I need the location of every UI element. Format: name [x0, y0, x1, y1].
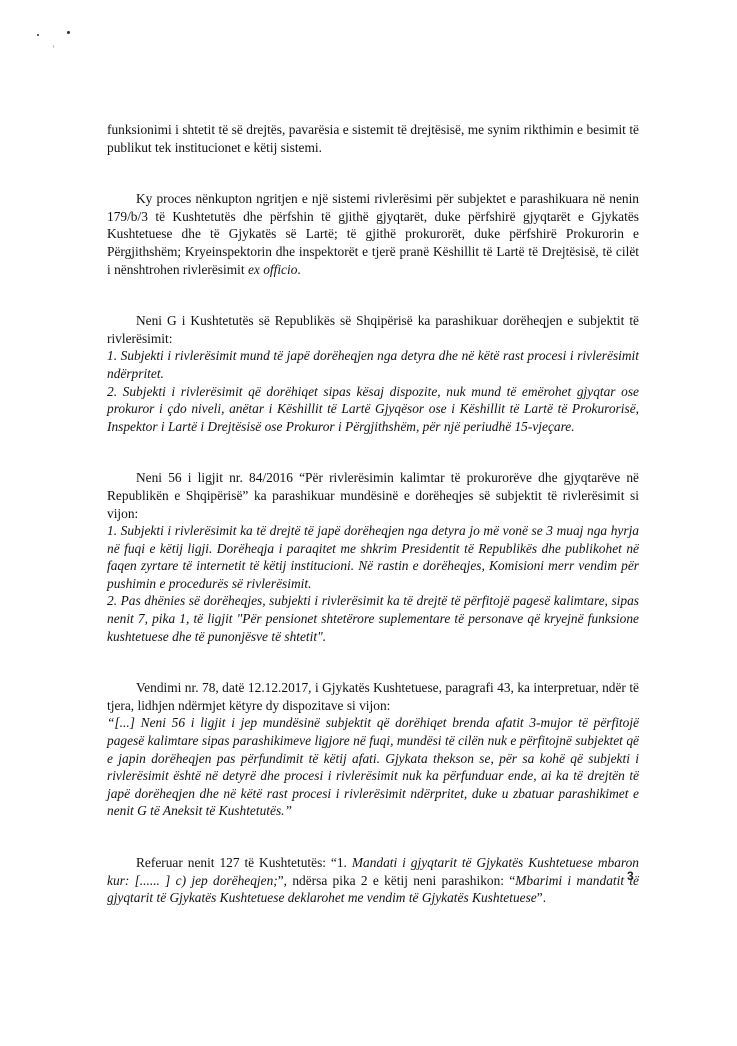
paragraph-article-127: Referuar nenit 127 të Kushtetutës: “1. M…: [107, 854, 639, 907]
paragraph-text: Ky proces nënkupton ngritjen e një siste…: [107, 191, 639, 276]
paragraph-decision-78-intro: Vendimi nr. 78, datë 12.12.2017, i Gjyka…: [107, 679, 639, 714]
document-page: funksionimi i shtetit të së drejtës, pav…: [107, 121, 639, 907]
paragraph-article-g-intro: Neni G i Kushtetutës së Republikës së Sh…: [107, 312, 639, 347]
article-56-item-2: 2. Pas dhënies së dorëheqjes, subjekti i…: [107, 592, 639, 645]
latin-term: ex officio: [248, 262, 297, 277]
article-g-item-2: 2. Subjekti i rivlerësimit që dorëhiqet …: [107, 383, 639, 436]
scan-speck: [53, 45, 54, 48]
page-number: 3: [627, 869, 634, 883]
paragraph-article-56-intro: Neni 56 i ligjit nr. 84/2016 “Për rivler…: [107, 469, 639, 522]
article-g-item-1: 1. Subjekti i rivlerësimit mund të japë …: [107, 347, 639, 382]
text-segment: ”, ndërsa pika 2 e këtij neni parashikon…: [278, 873, 516, 888]
punctuation: .: [297, 262, 300, 277]
paragraph-continuation: funksionimi i shtetit të së drejtës, pav…: [107, 121, 639, 156]
decision-78-quote: “[...] Neni 56 i ligjit i jep mundësinë …: [107, 714, 639, 820]
text-segment: ”.: [537, 890, 546, 905]
article-56-item-1: 1. Subjekti i rivlerësimit ka të drejtë …: [107, 522, 639, 592]
text-segment: Referuar nenit 127 të Kushtetutës: “1.: [136, 855, 352, 870]
scan-speck: [37, 34, 39, 36]
paragraph-reevaluation-process: Ky proces nënkupton ngritjen e një siste…: [107, 190, 639, 278]
scan-speck: [67, 31, 70, 34]
